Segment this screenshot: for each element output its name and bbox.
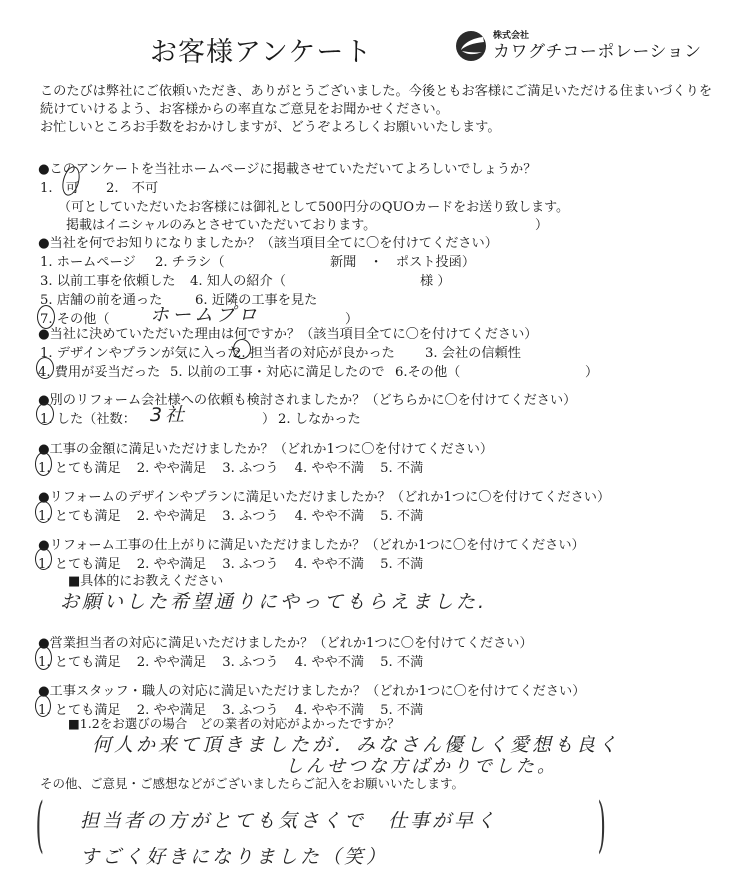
q8-selection-circle — [35, 646, 52, 670]
q4-count-answer[interactable]: 3社 — [150, 400, 187, 427]
q3-selection-circle-4 — [36, 357, 54, 379]
company-logo: 株式会社 カワグチコーポレーション — [455, 30, 702, 62]
q4-option-1[interactable]: 1. した（社数： — [40, 408, 136, 427]
company-name: カワグチコーポレーション — [493, 42, 702, 62]
q8-option-5[interactable]: 5. 不満 — [380, 651, 423, 670]
q1-note-line-1: （可としていただいたお客様には御礼として500円分のQUOカードをお送り致します… — [58, 196, 569, 215]
q3-question: ●当社に決めていただいた理由は何ですか？（該当項目全てに〇を付けてください） — [38, 323, 537, 342]
q7-question: ●リフォーム工事の仕上がりに満足いただけましたか？（どれか1つに〇を付けてくださ… — [38, 534, 585, 553]
q2-option-4-suffix: 様 ） — [420, 270, 451, 289]
q1-question: ●このアンケートを当社ホームページに掲載させていただいてよろしいでしょうか？ — [38, 158, 536, 177]
q5-option-3[interactable]: 3. ふつう — [222, 457, 278, 476]
q8-option-4[interactable]: 4. やや不満 — [295, 651, 365, 670]
q6-question: ●リフォームのデザインやプランに満足いただけましたか？（どれか1つに〇を付けてく… — [38, 486, 610, 505]
q6-option-2[interactable]: 2. やや満足 — [137, 505, 207, 524]
q5-option-2[interactable]: 2. やや満足 — [137, 457, 207, 476]
q3-option-6[interactable]: 6.その他（ — [395, 361, 460, 380]
survey-title: お客様アンケート — [150, 30, 372, 69]
q7-selection-circle — [35, 548, 52, 570]
comments-answer-line-2[interactable]: すごく好きになりました（笑） — [80, 842, 388, 869]
q2-option-1[interactable]: 1. ホームページ — [40, 251, 136, 270]
q2-option-5[interactable]: 5. 店舗の前を通った — [40, 289, 162, 308]
q6-option-4[interactable]: 4. やや不満 — [295, 505, 365, 524]
q2-option-4[interactable]: 4. 知人の紹介（ — [190, 270, 286, 289]
q1-note-close: ） — [535, 214, 548, 233]
q3-option-5[interactable]: 5. 以前の工事・対応に満足したので — [170, 361, 385, 380]
q2-option-2[interactable]: 2. チラシ（ — [155, 251, 225, 270]
q2-option-3[interactable]: 3. 以前工事を依頼した — [40, 270, 175, 289]
q1-note-line-2: 掲載はイニシャルのみとさせていただいております。 — [66, 214, 376, 233]
company-logo-icon — [455, 30, 487, 62]
comments-bracket-left: ( — [36, 790, 44, 860]
q4-selection-circle — [36, 403, 54, 425]
q5-option-4[interactable]: 4. やや不満 — [295, 457, 365, 476]
q7-option-4[interactable]: 4. やや不満 — [295, 553, 365, 572]
q2-option-2-detail: 新聞 ・ ポスト投函） — [330, 251, 475, 270]
q3-selection-circle-2 — [233, 339, 251, 359]
q3-option-1[interactable]: 1. デザインやプランが気に入った — [40, 342, 240, 361]
intro-line-2: 続けていけるよう、お客様からの率直なご意見をお聞かせください。 — [40, 98, 449, 117]
q5-scale: 1. とても満足 2. やや満足 3. ふつう 4. やや不満 5. 不満 — [38, 457, 423, 476]
q5-selection-circle — [35, 452, 52, 476]
q3-option-3[interactable]: 3. 会社の信頼性 — [425, 342, 521, 361]
q6-scale: 1. とても満足 2. やや満足 3. ふつう 4. やや不満 5. 不満 — [38, 505, 423, 524]
q4-option-1-close: ） — [262, 408, 275, 427]
q7-option-3[interactable]: 3. ふつう — [222, 553, 278, 572]
q7-option-5[interactable]: 5. 不満 — [380, 553, 423, 572]
comments-answer-line-1[interactable]: 担当者の方がとても気さくで 仕事が早く — [80, 806, 498, 833]
q8-scale: 1. とても満足 2. やや満足 3. ふつう 4. やや不満 5. 不満 — [38, 651, 423, 670]
q1-option-2[interactable]: 2. 不可 — [106, 177, 158, 196]
q6-option-5[interactable]: 5. 不満 — [380, 505, 423, 524]
q8-option-3[interactable]: 3. ふつう — [222, 651, 278, 670]
intro-line-1: このたびは弊社にご依頼いただき、ありがとうございました。今後ともお客様にご満足い… — [40, 80, 712, 99]
q9-selection-circle — [35, 695, 51, 717]
comments-bracket-right: ) — [598, 790, 606, 860]
q8-question: ●営業担当者の対応に満足いただけましたか？（どれか1つに〇を付けてください） — [38, 632, 533, 651]
q2-question: ●当社を何でお知りになりましたか？（該当項目全てに〇を付けてください） — [38, 232, 498, 251]
q3-option-4[interactable]: 4. 費用が妥当だった — [38, 361, 160, 380]
q6-option-3[interactable]: 3. ふつう — [222, 505, 278, 524]
q4-option-2[interactable]: 2. しなかった — [278, 408, 361, 427]
comments-label: その他、ご意見・ご感想などがございましたらご記入をお願いいたします。 — [40, 774, 464, 792]
q6-selection-circle — [35, 501, 52, 523]
q5-question: ●工事の金額に満足いただけましたか？（どれか1つに〇を付けてください） — [38, 438, 493, 457]
q7-detail-answer[interactable]: お願いした希望通りにやってもらえました. — [60, 587, 487, 614]
q3-option-2[interactable]: 2. 担当者の対応が良かった — [233, 342, 395, 361]
q5-option-5[interactable]: 5. 不満 — [380, 457, 423, 476]
q8-option-2[interactable]: 2. やや満足 — [137, 651, 207, 670]
q9-question: ●工事スタッフ・職人の対応に満足いただけましたか？（どれか1つに〇を付けてくださ… — [38, 680, 585, 699]
q3-option-6-close: ） — [585, 361, 598, 380]
intro-line-3: お忙しいところお手数をおかけしますが、どうぞよろしくお願いいたします。 — [40, 116, 501, 135]
company-prefix: 株式会社 — [493, 31, 702, 42]
q4-question: ●別のリフォーム会社様への依頼も検討されましたか？（どちらかに〇を付けてください… — [38, 389, 576, 408]
